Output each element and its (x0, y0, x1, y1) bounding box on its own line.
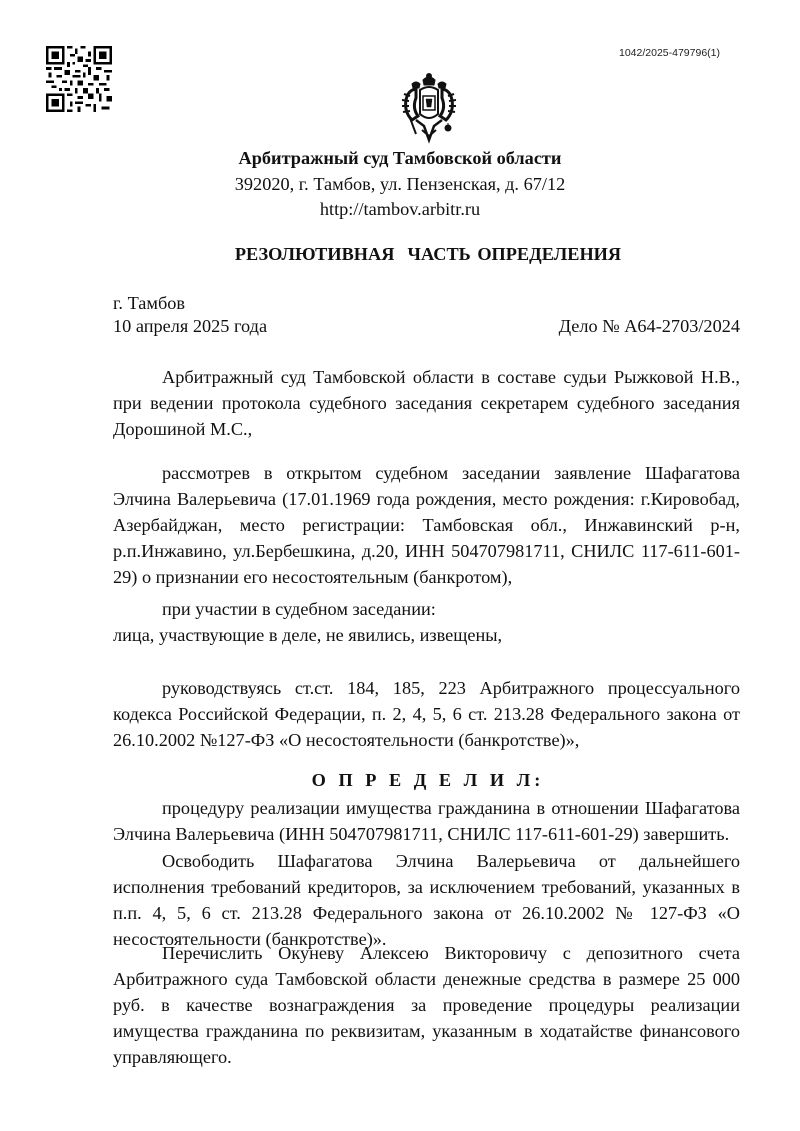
decision-item: процедуру реализации имущества гражданин… (113, 795, 740, 847)
date-case-row: 10 апреля 2025 года Дело № А64-2703/2024 (113, 316, 740, 337)
city: г. Тамбов (113, 290, 740, 316)
participation-line-2: лица, участвующие в деле, не явились, из… (113, 622, 740, 648)
qr-code-icon (46, 46, 112, 112)
paragraph-considered: рассмотрев в открытом судебном заседании… (113, 460, 740, 590)
decision-date: 10 апреля 2025 года (113, 316, 267, 337)
document-id: 1042/2025-479796(1) (619, 47, 720, 59)
paragraph-composition: Арбитражный суд Тамбовской области в сос… (113, 364, 740, 442)
paragraph-participation: при участии в судебном заседании: лица, … (113, 596, 740, 648)
document-title: РЕЗОЛЮТИВНАЯ ЧАСТЬ ОПРЕДЕЛЕНИЯ (0, 244, 800, 265)
court-address: 392020, г. Тамбов, ул. Пензенская, д. 67… (0, 174, 800, 195)
decision-item: Освободить Шафагатова Элчина Валерьевича… (113, 848, 740, 952)
decision-item: Перечислить Окуневу Алексею Викторовичу … (113, 940, 740, 1070)
court-url: http://tambov.arbitr.ru (0, 199, 800, 220)
case-number: Дело № А64-2703/2024 (559, 316, 740, 337)
court-name: Арбитражный суд Тамбовской области (0, 148, 800, 169)
paragraph-guided: руководствуясь ст.ст. 184, 185, 223 Арби… (113, 675, 740, 753)
decision-heading: О П Р Е Д Е Л И Л: (0, 770, 800, 791)
participation-line-1: при участии в судебном заседании: (113, 596, 740, 622)
russian-coat-of-arms-icon (398, 70, 460, 144)
